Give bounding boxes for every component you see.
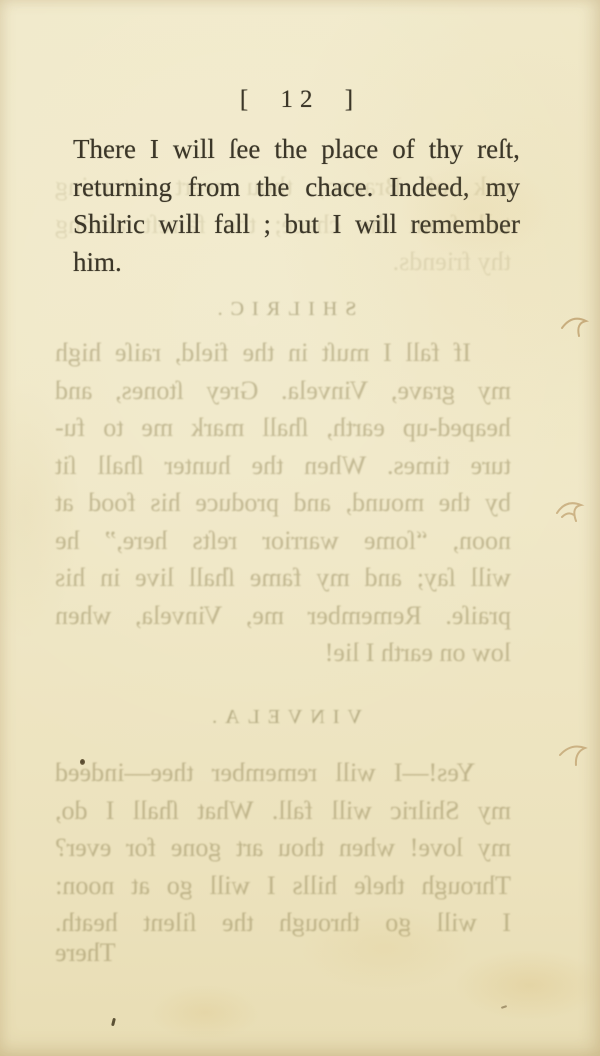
text-line: him.: [73, 244, 520, 282]
text-line: ThroughtheſehillsIwillgoatnoon:: [55, 867, 511, 905]
text-line: There: [55, 934, 511, 972]
text-line: bythemound,andproducehisfoodat: [55, 484, 511, 522]
showthrough-paragraph-2: Yes!—Iwillrememberthee—indeedmyShilricwi…: [55, 754, 511, 942]
text-line: willſay;andmyfameſhallliveinhis: [55, 559, 511, 597]
text-line: mylove!whenthouartgoneforever?: [55, 829, 511, 867]
text-line: Shilricwillfall;butIwillremember: [73, 206, 520, 244]
ink-speck: [501, 1005, 507, 1009]
text-line: praiſe.Rememberme,Vinvela,when: [55, 597, 511, 635]
showthrough-catchword: There: [55, 934, 511, 972]
showthrough-paragraph-1: IffallImuſtinthefield,raiſehighmygrave,V…: [55, 334, 511, 672]
paper-crease-mark: [556, 740, 590, 770]
paper-crease-mark: [558, 312, 592, 342]
text-line: Iwillgothroughtheſilentheath.: [55, 904, 511, 942]
page-text: ThereIwillſeetheplaceofthyreſt,returning…: [73, 131, 520, 281]
text-line: mygrave,Vinvela.Greyſtones,and: [55, 372, 511, 410]
text-line: Yes!—Iwillrememberthee—indeed: [55, 754, 511, 792]
text-line: ThereIwillſeetheplaceofthyreſt,: [73, 131, 520, 169]
text-line: low on earth I lie!: [55, 634, 511, 672]
page-number: [ 12 ]: [0, 86, 600, 114]
showthrough-heading-shilric: SHILRIC.: [55, 291, 511, 328]
paper-crease-mark: [554, 495, 588, 525]
paper-stain: [150, 985, 260, 1040]
book-page-scan: oakofBranno;thouwertreturningtallfromthe…: [0, 0, 600, 1056]
text-line: IffallImuſtinthefield,raiſehigh: [55, 334, 511, 372]
paper-stain: [300, 905, 470, 990]
paper-stain: [455, 950, 600, 1020]
showthrough-heading-vinvela: VINVELA.: [55, 699, 511, 736]
text-line: heaped-upearth,ſhallmarkmetofu-: [55, 409, 511, 447]
text-line: returningfromthechace.Indeed,my: [73, 169, 520, 207]
text-line: noon,“ſomewarriorreſtshere,”he: [55, 522, 511, 560]
text-line: turetimes.Whenthehunterſhallſit: [55, 447, 511, 485]
ink-speck: [80, 759, 85, 765]
paper-stain: [0, 380, 80, 640]
ink-speck: [111, 1018, 116, 1026]
text-line: myShilricwillfall.WhatſhallIdo,: [55, 792, 511, 830]
